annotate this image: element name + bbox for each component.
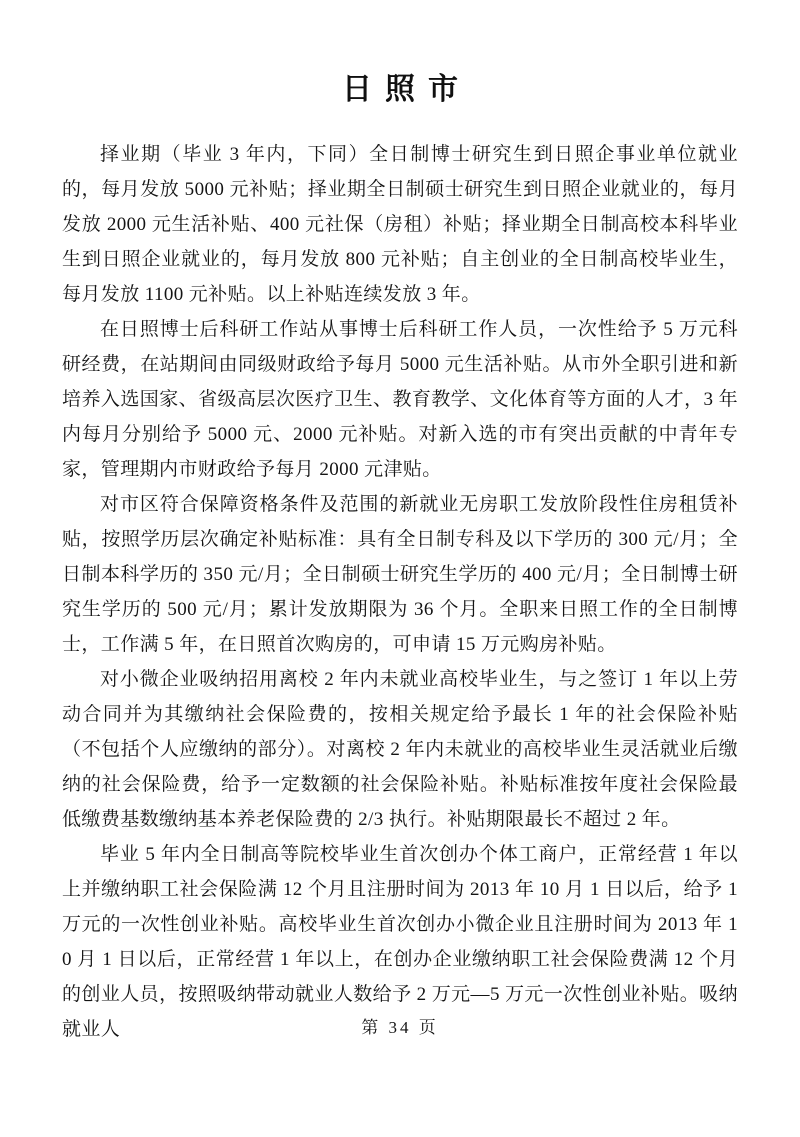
paragraph: 择业期（毕业 3 年内，下同）全日制博士研究生到日照企事业单位就业的，每月发放 …: [62, 137, 738, 312]
document-body: 择业期（毕业 3 年内，下同）全日制博士研究生到日照企事业单位就业的，每月发放 …: [62, 137, 738, 1047]
paragraph: 对小微企业吸纳招用离校 2 年内未就业高校毕业生，与之签订 1 年以上劳动合同并…: [62, 662, 738, 837]
page-title: 日照市: [0, 64, 800, 108]
paragraph: 在日照博士后科研工作站从事博士后科研工作人员，一次性给予 5 万元科研经费，在站…: [62, 312, 738, 487]
page-number: 第 34 页: [0, 1013, 800, 1038]
document-page: 日照市 择业期（毕业 3 年内，下同）全日制博士研究生到日照企事业单位就业的，每…: [0, 0, 800, 1137]
paragraph: 对市区符合保障资格条件及范围的新就业无房职工发放阶段性住房租赁补贴，按照学历层次…: [62, 487, 738, 662]
